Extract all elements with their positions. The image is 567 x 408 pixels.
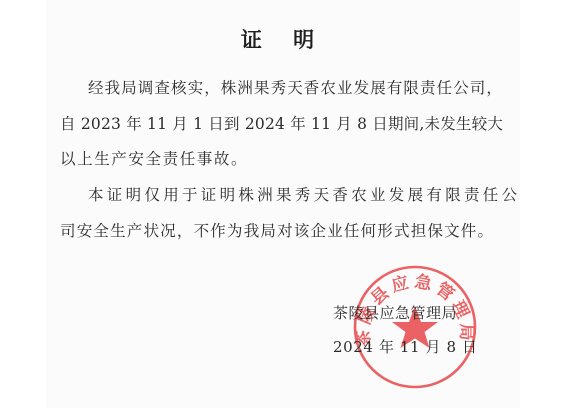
official-seal: 茶陵县应急管理局: [350, 262, 480, 392]
paragraph-2-line-1: 本证明仅用于证明株洲果秀天香农业发展有限责任公: [88, 183, 520, 205]
paragraph-1-line-1: 经我局调查核实，株洲果秀天香农业发展有限责任公司，: [88, 76, 503, 98]
document-title: 证 明: [0, 24, 567, 54]
paragraph-2-line-2: 司安全生产状况，不作为我局对该企业任何形式担保文件。: [60, 219, 494, 241]
paragraph-1-line-2: 自 2023 年 11 月 1 日到 2024 年 11 月 8 日期间,未发生…: [60, 112, 503, 134]
paragraph-1-line-3: 以上生产安全责任事故。: [60, 147, 248, 169]
signature-organization: 茶陵县应急管理局: [333, 302, 457, 323]
signature-date: 2024 年 11 月 8 日: [333, 336, 478, 357]
